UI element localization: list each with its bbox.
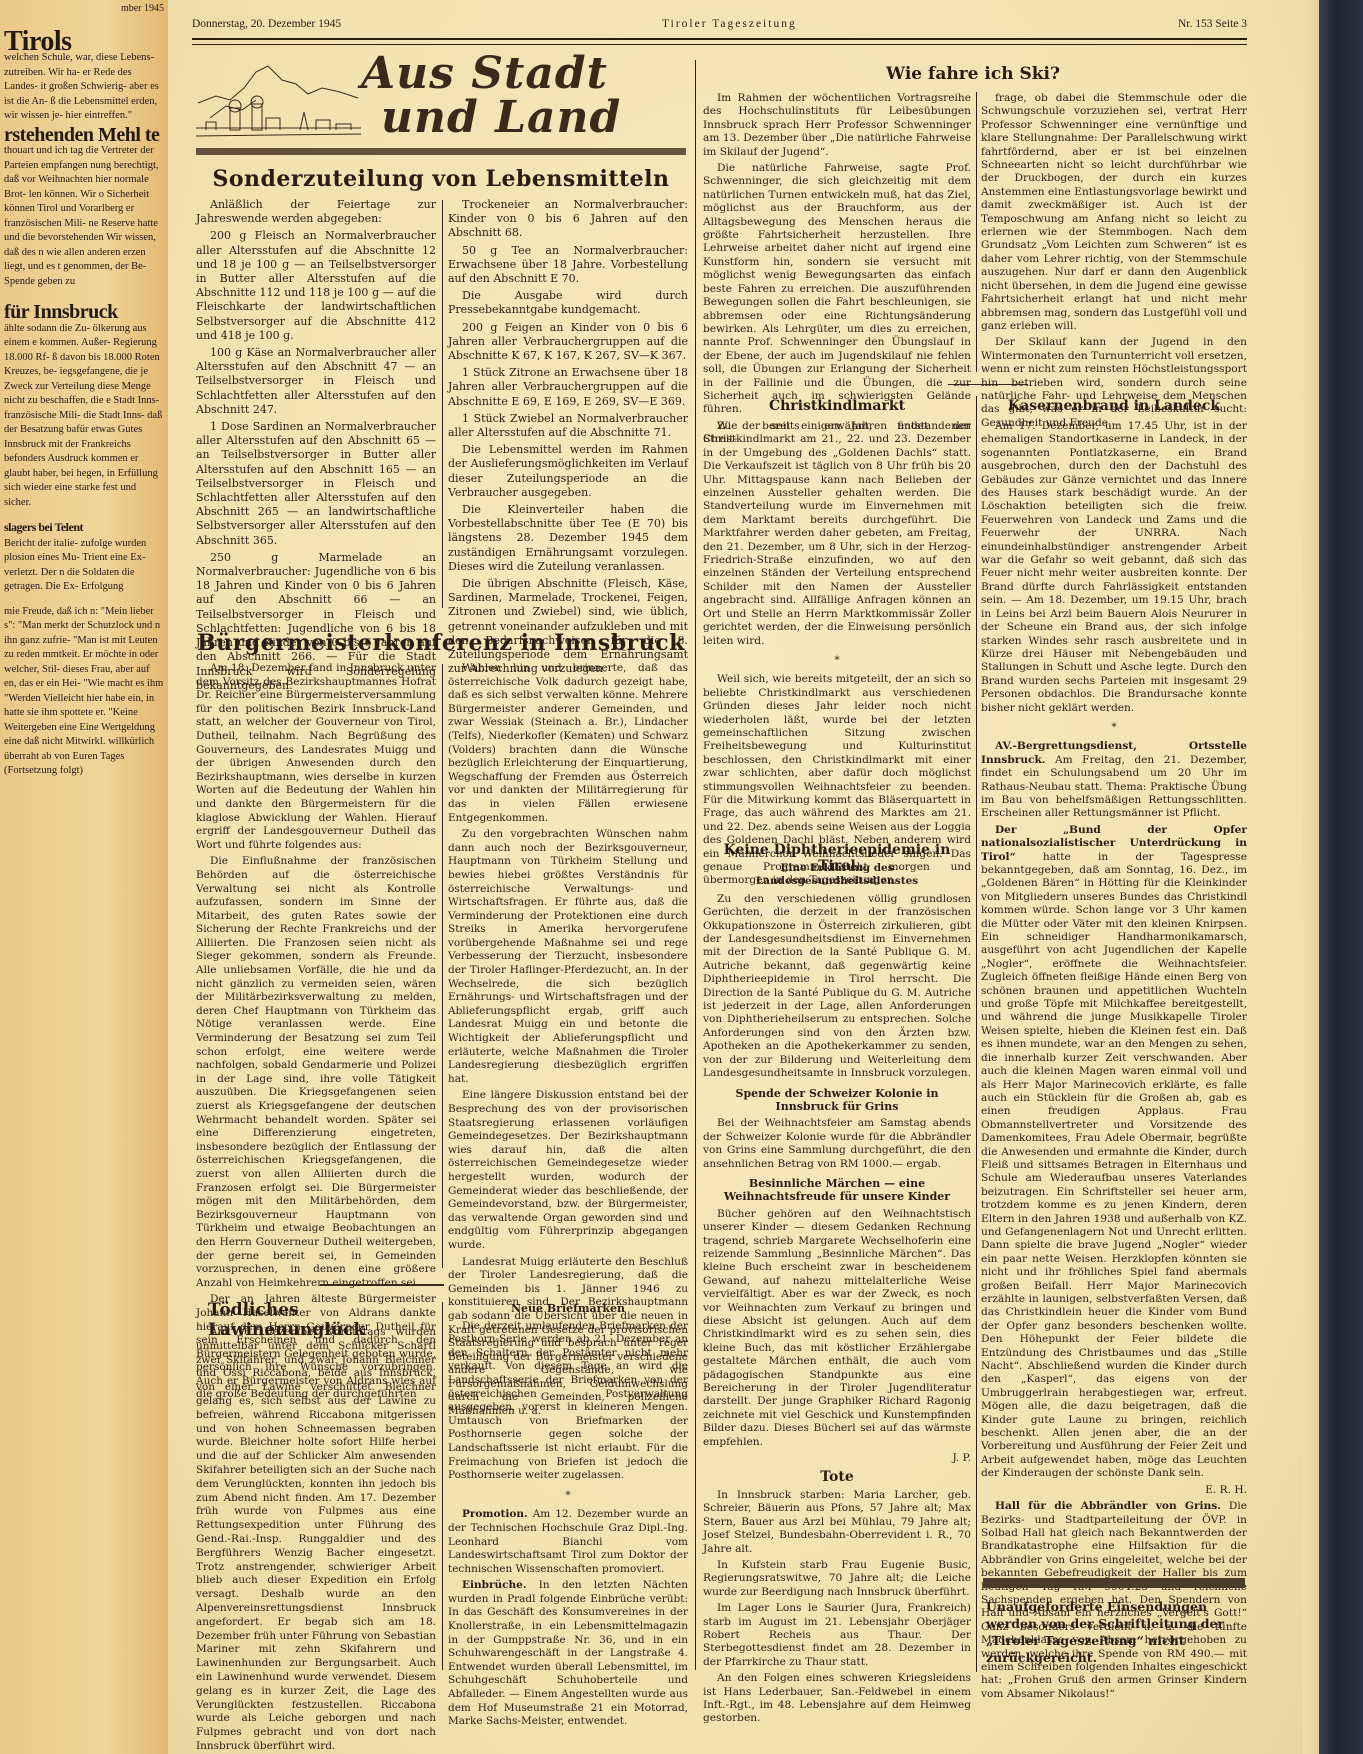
newspaper-page: Donnerstag, 20. Dezember 1945 Tiroler Ta… [168,0,1303,1754]
banner-rule [196,148,686,155]
editorial-notice: Unaufgeforderte Einsendungen werden von … [986,1598,1244,1666]
paragraph: Wahlen hin und erinnerte, daß das österr… [448,662,688,825]
paragraph: 200 g Feigen an Kinder von 0 bis 6 Jahre… [448,321,688,364]
paragraph: Die Kleinverteiler haben die Vorbestella… [448,503,688,574]
issue-page-number: Nr. 153 Seite 3 [1178,18,1247,30]
notice-rule [983,1578,1245,1588]
previous-page-heading: rstehenden Mehl te [4,128,164,143]
article-divider [948,384,1028,385]
paragraph: Am 18. Dezember fand in Innsbruck unter … [196,662,436,852]
previous-page-text: thouart und ich tag die Vertreter der Pa… [4,144,164,289]
paragraph: Trockeneier an Normalverbraucher: Kinder… [448,198,688,241]
previous-page-text: welchen Schule, war, diese Lebens- zutre… [4,51,164,124]
previous-page-text: Bericht der italie- zufolge wurden plosi… [4,537,164,595]
paragraph: 200 g Fleisch an Normalverbraucher aller… [196,229,436,343]
headline-maerchen: Besinnliche Märchen — eine Weihnachtsfre… [703,1177,971,1204]
article-sonderzuteilung-col1: Anläßlich der Feiertage zur Jahreswende … [196,198,436,696]
signature: E. R. H. [981,1484,1247,1497]
paragraph: Im Rahmen der wöchentlichen Vortragsreih… [703,92,971,159]
paragraph: Die derzeit umlaufenden Briefmarken der … [448,1320,688,1483]
paragraph-bergrettung: AV.-Bergrettungsdienst, Ortsstelle Innsb… [981,740,1247,820]
paragraph: Bücher gehören auf den Weihnachtstisch u… [703,1208,971,1449]
column-divider [442,200,443,608]
previous-page-strip: mber 1945 Tirols welchen Schule, war, di… [0,0,168,1754]
article-christkindlmarkt: Wie bereits erwähnt, findet der Christki… [703,420,971,891]
promotion-lead: Promotion. [462,1508,528,1520]
paragraph: Am 16. Dezember vormittags wurden unmitt… [196,1326,436,1754]
paragraph: In Kufstein starb Frau Eugenie Busic, Re… [703,1559,971,1599]
section-title: Aus Stadt und Land [361,52,621,140]
previous-page-heading: Tirols [4,35,164,50]
paragraph: 1 Stück Zitrone an Erwachsene über 18 Ja… [448,366,688,409]
headline-ski: Wie fahre ich Ski? [703,64,1243,84]
paragraph: frage, ob dabei die Stemmschule oder die… [981,92,1247,333]
paragraph: Zu den vorgebrachten Wünschen nahm dann … [448,828,688,1086]
article-sonderzuteilung-col2: Trockeneier an Normalverbraucher: Kinder… [448,198,688,680]
headline-christkindlmarkt: Christkindlmarkt [703,398,971,414]
column-divider [976,92,977,372]
column-divider [976,396,977,1672]
section-title-line2: und Land [361,96,621,140]
paragraph: 50 g Tee an Normalverbraucher: Erwachsen… [448,244,688,287]
paragraph: 100 g Käse an Normalverbraucher aller Al… [196,346,436,417]
column-divider [442,664,443,1268]
paragraph: Eine längere Diskussion entstand bei der… [448,1089,688,1252]
paragraph: 1 Dose Sardinen an Normalverbraucher all… [196,420,436,548]
article-lawinenunglueck: Am 16. Dezember vormittags wurden unmitt… [196,1326,436,1754]
paragraph: Die Lebensmittel werden im Rahmen der Au… [448,443,688,500]
paragraph: Zu den verschiedenen völlig grundlosen G… [703,893,971,1081]
paragraph: Bei der Weihnachtsfeier am Samstag abend… [703,1117,971,1171]
paragraph: Die natürliche Fahrweise, sagte Prof. Sc… [703,162,971,417]
subheadline-diphtherie: Eine Erklärung des Landesgesundheitsdien… [703,862,971,889]
headline-spende-schweizer: Spende der Schweizer Kolonie in Innsbruc… [703,1087,971,1114]
section-banner: Aus Stadt und Land [196,56,686,160]
article-divider [320,1284,444,1286]
paragraph: An den Folgen eines schweren Kriegsleide… [703,1672,971,1726]
article-buergermeister-col1: Am 18. Dezember fand in Innsbruck unter … [196,662,436,1405]
column-divider [695,60,696,1670]
hall-lead: Hall für die Abbrändler von Grins. [995,1500,1221,1512]
article-ski-col2: frage, ob dabei die Stemmschule oder die… [981,92,1247,433]
previous-page-date: mber 1945 [4,2,164,17]
headline-sonderzuteilung: Sonderzuteilung von Lebensmitteln [196,166,686,192]
paper-name: Tiroler Tageszeitung [662,18,797,30]
previous-page-heading: für Innsbruck [4,305,164,320]
separator-star: * [448,1489,688,1503]
headline-kasernenbrand: Kasernenbrand in Landeck [981,398,1247,414]
bund-opfer-text: hatte in der Tagespresse bekanntgegeben,… [981,851,1247,1480]
previous-page-text: ählte sodann die Zu- ölkerung aus einem … [4,322,164,511]
paragraph: Am 17. Dezember, um 17.45 Uhr, ist in de… [981,420,1247,715]
page-edge [1303,0,1319,1754]
paragraph-promotion: Promotion. Am 12. Dezember wurde an der … [448,1508,688,1576]
headline-buergermeisterkonferenz: Bürgermeisterkonferenz in Innsbruck [196,630,686,656]
paragraph: Die Ausgabe wird durch Pressebekanntgabe… [448,289,688,317]
signature: J. P. [703,1452,971,1465]
article-diphtherie: Eine Erklärung des Landesgesundheitsdien… [703,862,971,1729]
paragraph: 1 Stück Zwiebel an Normalverbraucher all… [448,412,688,440]
separator-star: * [703,654,971,667]
separator-star: * [981,721,1247,734]
paragraph-einbrueche: Einbrüche. In den letzten Nächten wurden… [448,1579,688,1729]
column-divider [442,1302,443,1670]
article-kasernenbrand: Am 17. Dezember, um 17.45 Uhr, ist in de… [981,420,1247,1704]
masthead-rule [192,38,1247,45]
paragraph: Im Lager Lons le Saurier (Jura, Frankrei… [703,1602,971,1669]
paragraph: Anläßlich der Feiertage zur Jahreswende … [196,198,436,226]
headline-briefmarken: Neue Briefmarken [448,1302,688,1316]
headline-tote: Tote [703,1471,971,1484]
paragraph-bund-opfer: Der „Bund der Opfer nationalsozialistisc… [981,824,1247,1481]
paragraph: In Innsbruck starben: Maria Larcher, geb… [703,1489,971,1556]
book-binding [1319,0,1363,1754]
paragraph: Wie bereits erwähnt, findet der Christki… [703,420,971,648]
einbrueche-lead: Einbrüche. [462,1579,527,1591]
paragraph: Die Einflußnahme der französischen Behör… [196,855,436,1290]
masthead: Donnerstag, 20. Dezember 1945 Tiroler Ta… [192,14,1247,36]
previous-page-heading: slagers bei Telent [4,520,164,535]
einbrueche-text: In den letzten Nächten wurden in Pradl f… [448,1579,688,1727]
article-briefmarken: Neue Briefmarken Die derzeit umlaufenden… [448,1296,688,1732]
issue-date: Donnerstag, 20. Dezember 1945 [192,18,341,30]
article-ski-col1: Im Rahmen der wöchentlichen Vortragsreih… [703,92,971,450]
innsbruck-skyline-icon [196,58,361,148]
previous-page-text: mie Freude, daß ich n: "Mein lieber s": … [4,605,164,779]
